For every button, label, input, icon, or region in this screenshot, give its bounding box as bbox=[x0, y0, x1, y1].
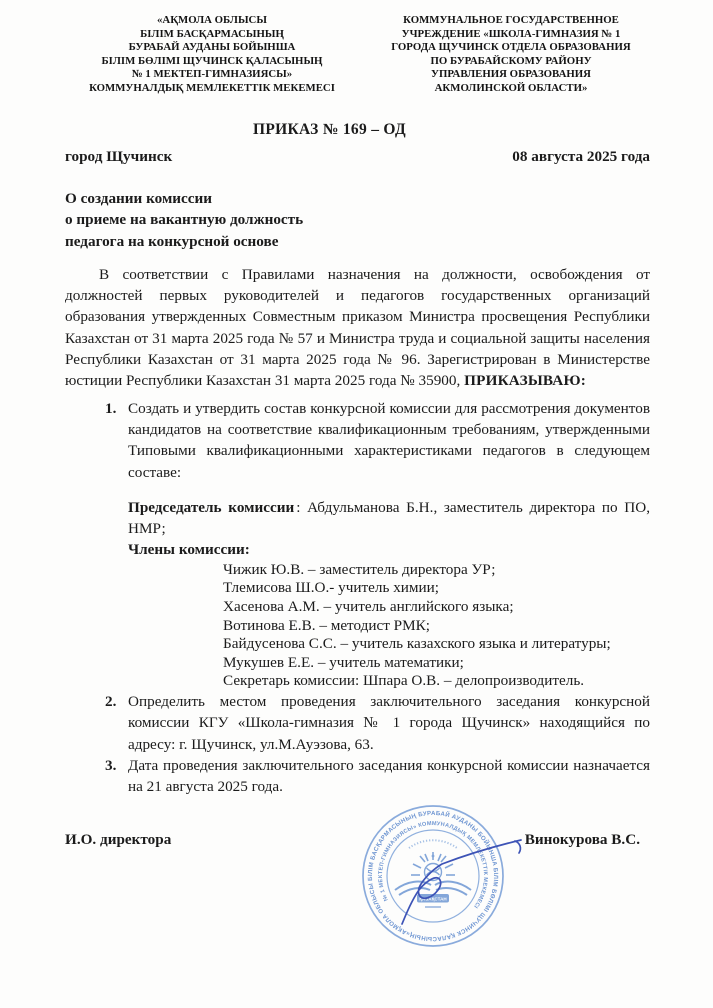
letterhead-russian: КОММУНАЛЬНОЕ ГОСУДАРСТВЕННОЕУЧРЕЖДЕНИЕ «… bbox=[372, 14, 650, 95]
item-text: Создать и утвердить состав конкурсной ко… bbox=[128, 398, 650, 483]
commission-chair: Председатель комиссии: Абдульманова Б.Н.… bbox=[128, 497, 650, 540]
letterhead-line: УЧРЕЖДЕНИЕ «ШКОЛА-ГИМНАЗИЯ № 1 bbox=[372, 28, 650, 42]
intro-resolution-word: ПРИКАЗЫВАЮ: bbox=[464, 372, 586, 389]
members-label: Члены комиссии: bbox=[128, 539, 650, 560]
order-subject: О создании комиссиио приеме на вакантную… bbox=[65, 188, 650, 252]
stamp-outer-circle bbox=[363, 806, 503, 946]
stamp-ring-text-inner: № 1 МЕКТЕП-ГИМНАЗИЯСЫ» КОММУНАЛДЫҚ МЕМЛЕ… bbox=[359, 802, 506, 946]
letterhead-line: № 1 МЕКТЕП-ГИМНАЗИЯСЫ» bbox=[77, 68, 347, 82]
official-stamp: «АҚМОЛА ОБЛЫСЫ БІЛІМ БАСҚАРМАСЫНЫҢ БУРАБ… bbox=[345, 796, 555, 968]
commission-member: Мукушев Е.Е. – учитель математики; bbox=[223, 654, 650, 673]
commission-member: Вотинова Е.В. – методист РМК; bbox=[223, 617, 650, 636]
item-number: 3. bbox=[105, 755, 128, 798]
stamp-ring-text-outer: «АҚМОЛА ОБЛЫСЫ БІЛІМ БАСҚАРМАСЫНЫҢ БУРАБ… bbox=[347, 796, 519, 962]
kazakhstan-emblem-icon bbox=[395, 852, 471, 907]
order-item-2: 2. Определить местом проведения заключит… bbox=[105, 691, 650, 755]
stamp-banner-text: ҚАЗАҚСТАН bbox=[419, 897, 447, 902]
letterhead-line: УПРАВЛЕНИЯ ОБРАЗОВАНИЯ bbox=[372, 68, 650, 82]
commission-block: Председатель комиссии: Абдульманова Б.Н.… bbox=[128, 497, 650, 691]
item-text: Определить местом проведения заключитель… bbox=[128, 691, 650, 755]
signature-row: И.О. директора Винокурова В.С. bbox=[65, 831, 650, 849]
order-item-3: 3. Дата проведения заключительного засед… bbox=[105, 755, 650, 798]
intro-text: В соответствии с Правилами назначения на… bbox=[65, 266, 650, 389]
order-city: город Щучинск bbox=[65, 148, 172, 166]
letterhead-line: БІЛІМ БӨЛІМІ ЩУЧИНСК ҚАЛАСЫНЫҢ bbox=[77, 55, 347, 69]
order-item-1: 1. Создать и утвердить состав конкурсной… bbox=[105, 398, 650, 691]
letterhead-line: БІЛІМ БАСҚАРМАСЫНЫҢ bbox=[77, 28, 347, 42]
letterhead-line: КОММУНАЛЬНОЕ ГОСУДАРСТВЕННОЕ bbox=[372, 14, 650, 28]
commission-member: Секретарь комиссии: Шпара О.В. – делопро… bbox=[223, 672, 650, 691]
letterhead-kazakh: «АҚМОЛА ОБЛЫСЫБІЛІМ БАСҚАРМАСЫНЫҢБУРАБАЙ… bbox=[77, 14, 347, 95]
handwritten-signature bbox=[402, 840, 521, 924]
item-number: 1. bbox=[105, 398, 128, 691]
letterhead-line: «АҚМОЛА ОБЛЫСЫ bbox=[77, 14, 347, 28]
commission-member: Тлемисова Ш.О.- учитель химии; bbox=[223, 579, 650, 598]
letterhead: «АҚМОЛА ОБЛЫСЫБІЛІМ БАСҚАРМАСЫНЫҢБУРАБАЙ… bbox=[65, 14, 650, 95]
commission-member: Чижик Ю.В. – заместитель директора УР; bbox=[223, 561, 650, 580]
signer-role: И.О. директора bbox=[65, 831, 171, 849]
letterhead-line: КОММУНАЛДЫҚ МЕМЛЕКЕТТІК МЕКЕМЕСІ bbox=[77, 82, 347, 96]
chair-label: Председатель комиссии bbox=[128, 499, 294, 516]
commission-members-list: Чижик Ю.В. – заместитель директора УР;Тл… bbox=[223, 561, 650, 691]
item-number: 2. bbox=[105, 691, 128, 755]
subject-line: о приеме на вакантную должность bbox=[65, 209, 650, 230]
subject-line: педагога на конкурсной основе bbox=[65, 231, 650, 252]
letterhead-line: БУРАБАЙ АУДАНЫ БОЙЫНША bbox=[77, 41, 347, 55]
place-date-row: город Щучинск 08 августа 2025 года bbox=[65, 148, 650, 166]
intro-paragraph: В соответствии с Правилами назначения на… bbox=[65, 264, 650, 392]
order-title: ПРИКАЗ № 169 – ОД bbox=[37, 121, 622, 139]
letterhead-line: ГОРОДА ЩУЧИНСК ОТДЕЛА ОБРАЗОВАНИЯ bbox=[372, 41, 650, 55]
subject-line: О создании комиссии bbox=[65, 188, 650, 209]
letterhead-line: ПО БУРАБАЙСКОМУ РАЙОНУ bbox=[372, 55, 650, 69]
commission-member: Хасенова А.М. – учитель английского язык… bbox=[223, 598, 650, 617]
signer-name: Винокурова В.С. bbox=[525, 831, 640, 849]
document-page: «АҚМОЛА ОБЛЫСЫБІЛІМ БАСҚАРМАСЫНЫҢБУРАБАЙ… bbox=[0, 0, 713, 1008]
order-date: 08 августа 2025 года bbox=[512, 148, 650, 166]
letterhead-line: АКМОЛИНСКОЙ ОБЛАСТИ» bbox=[372, 82, 650, 96]
commission-member: Байдусенова С.С. – учитель казахского яз… bbox=[223, 635, 650, 654]
item-text: Дата проведения заключительного заседани… bbox=[128, 755, 650, 798]
